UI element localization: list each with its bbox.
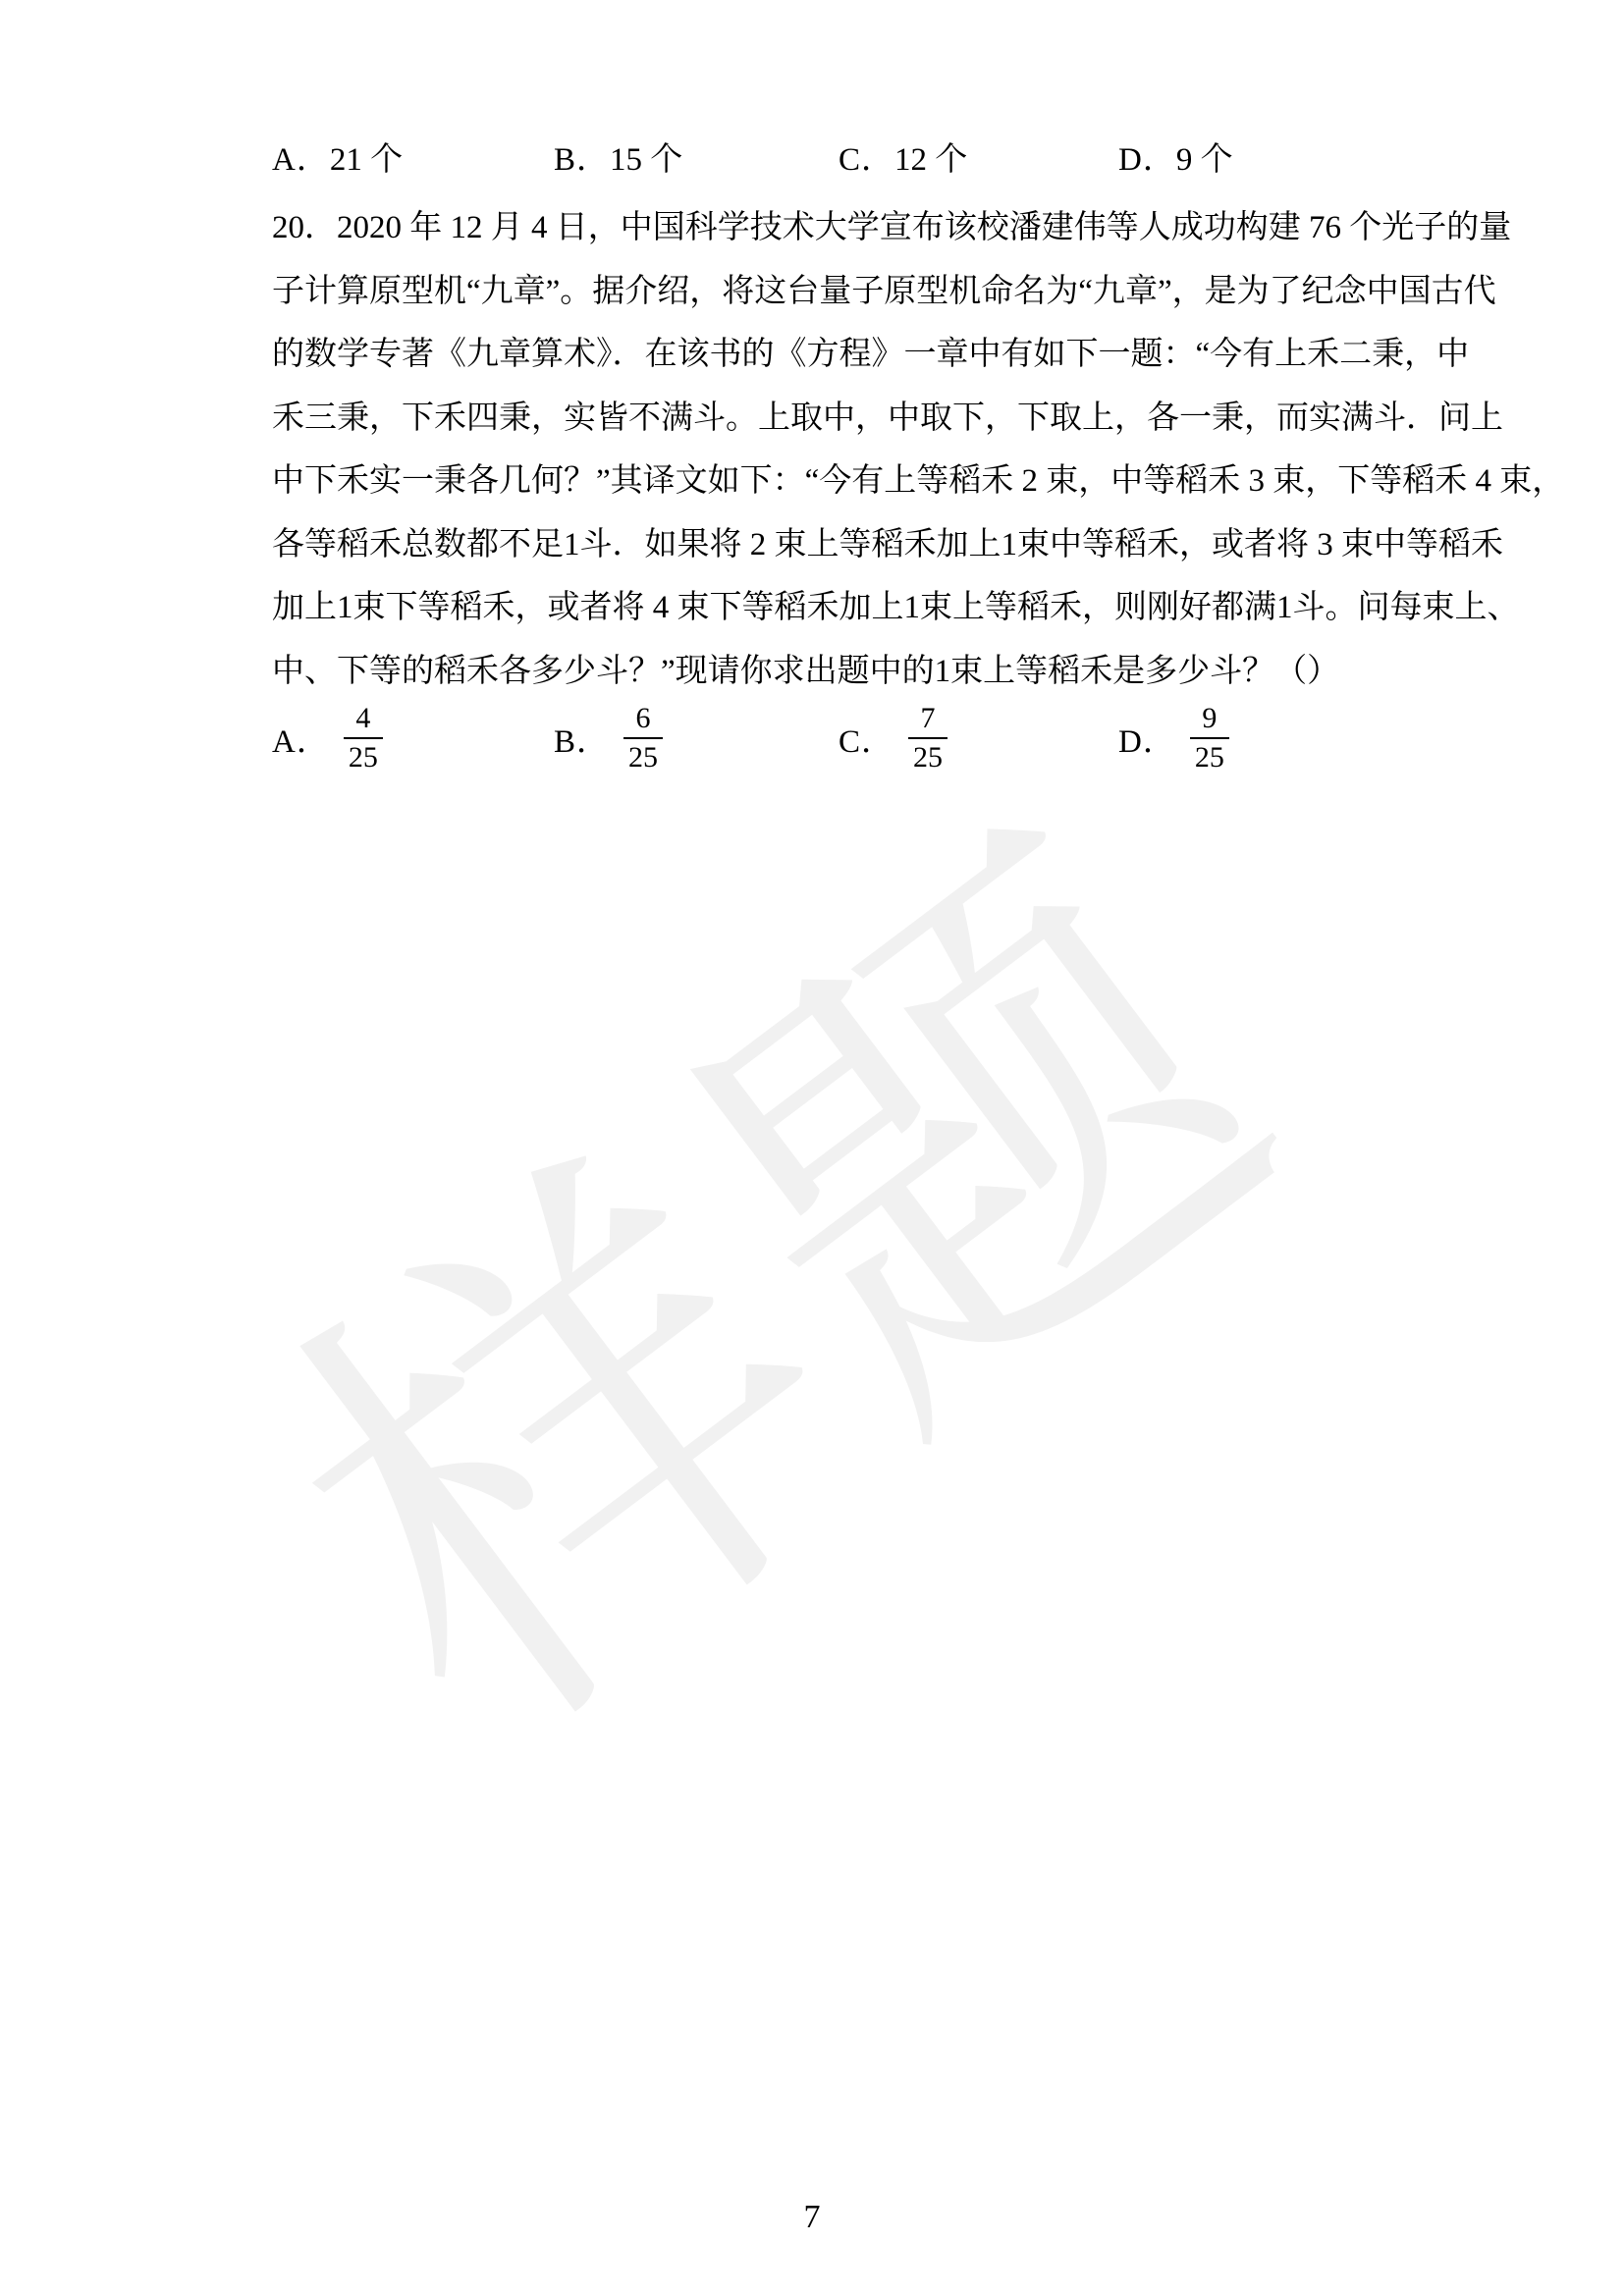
- question-line-7: 加上1束下等稻禾，或者将 4 束下等稻禾加上1束上等稻禾，则刚好都满1斗。问每束…: [272, 576, 1367, 640]
- fraction-c: 7 25: [908, 703, 947, 774]
- fraction-option-c: C． 7 25: [839, 703, 1118, 774]
- fraction-option-a-label: A．: [272, 716, 330, 762]
- question-line-4: 禾三秉，下禾四秉，实皆不满斗。上取中，中取下，下取上，各一秉，而实满斗．问上: [272, 387, 1367, 451]
- option-a-label: A．: [272, 142, 330, 178]
- fraction-a-numerator: 4: [351, 703, 375, 737]
- option-d-text: 9 个: [1176, 142, 1233, 178]
- fraction-option-d: D． 9 25: [1118, 703, 1362, 774]
- option-c: C．12 个: [839, 129, 1118, 191]
- option-d: D．9 个: [1118, 129, 1362, 191]
- fraction-b: 6 25: [623, 703, 663, 774]
- fraction-c-numerator: 7: [916, 703, 941, 737]
- page-number: 7: [0, 2199, 1624, 2236]
- answer-options-row-19: A．21 个 B．15 个 C．12 个 D．9 个: [272, 129, 1362, 191]
- fraction-option-b: B． 6 25: [554, 703, 839, 774]
- fraction-a-denominator: 25: [344, 737, 383, 774]
- question-line-6: 各等稻禾总数都不足1斗．如果将 2 束上等稻禾加上1束中等稻禾，或者将 3 束中…: [272, 513, 1367, 577]
- question-line-5: 中下禾实一秉各几何？”其译文如下：“今有上等稻禾 2 束，中等稻禾 3 束，下等…: [272, 450, 1367, 513]
- fraction-option-c-label: C．: [839, 716, 894, 762]
- fraction-d-numerator: 9: [1197, 703, 1221, 737]
- question-line-2: 子计算原型机“九章”。据介绍，将这台量子原型机命名为“九章”，是为了纪念中国古代: [272, 260, 1367, 324]
- fraction-b-denominator: 25: [623, 737, 663, 774]
- option-d-label: D．: [1118, 142, 1176, 178]
- option-c-label: C．: [839, 142, 894, 178]
- fraction-d-denominator: 25: [1190, 737, 1229, 774]
- page-content: A．21 个 B．15 个 C．12 个 D．9 个 20．2020 年 12 …: [0, 0, 1624, 2296]
- option-a: A．21 个: [272, 129, 554, 191]
- option-b: B．15 个: [554, 129, 839, 191]
- fraction-d: 9 25: [1190, 703, 1229, 774]
- option-a-text: 21 个: [330, 142, 403, 178]
- question-line-8: 中、下等的稻禾各多少斗？”现请你求出题中的1束上等稻禾是多少斗？（）: [272, 640, 1367, 704]
- fraction-option-a: A． 4 25: [272, 703, 554, 774]
- fraction-c-denominator: 25: [908, 737, 947, 774]
- option-b-label: B．: [554, 142, 610, 178]
- fraction-b-numerator: 6: [631, 703, 656, 737]
- question-20-paragraph: 20．2020 年 12 月 4 日，中国科学技术大学宣布该校潘建伟等人成功构建…: [272, 196, 1367, 703]
- fraction-a: 4 25: [344, 703, 383, 774]
- question-line-3: 的数学专著《九章算术》．在该书的《方程》一章中有如下一题：“今有上禾二秉，中: [272, 323, 1367, 387]
- fraction-option-b-label: B．: [554, 716, 610, 762]
- fraction-option-d-label: D．: [1118, 716, 1176, 762]
- answer-options-row-20: A． 4 25 B． 6 25 C． 7 25 D． 9 25: [272, 703, 1362, 774]
- question-line-1: 20．2020 年 12 月 4 日，中国科学技术大学宣布该校潘建伟等人成功构建…: [272, 196, 1367, 260]
- option-c-text: 12 个: [894, 142, 967, 178]
- option-b-text: 15 个: [610, 142, 682, 178]
